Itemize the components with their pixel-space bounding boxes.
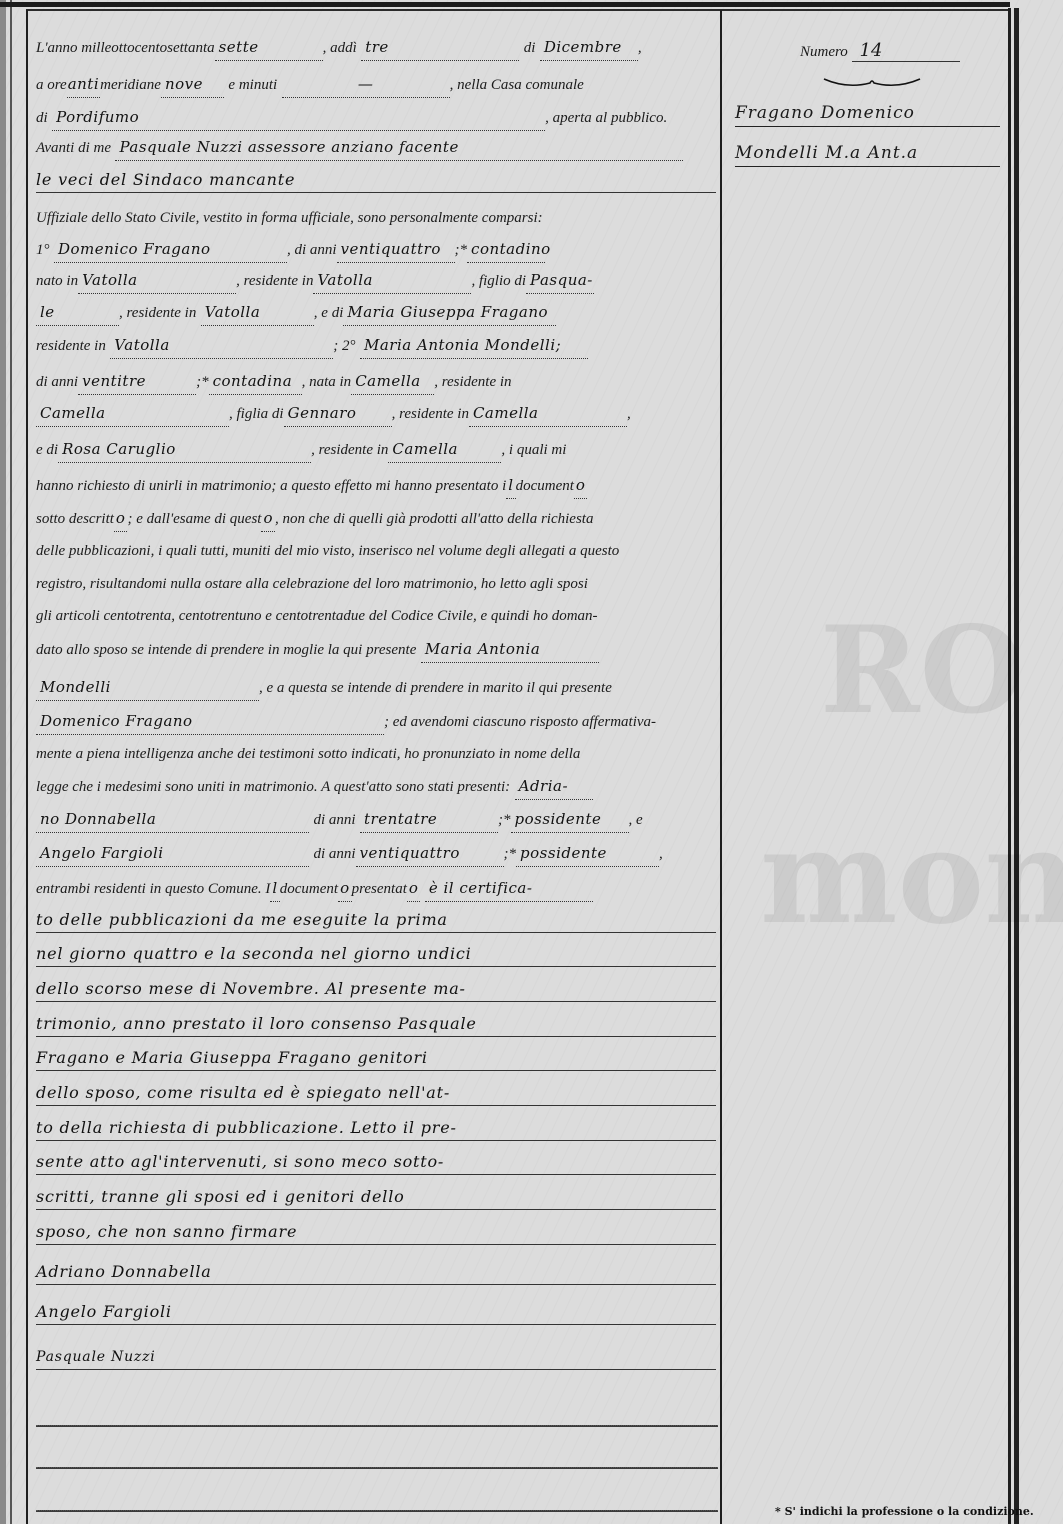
form-line-groom-question: dato allo sposo se intende di prendere i…: [36, 636, 716, 662]
handwritten-witness2-name: Angelo Fargioli: [36, 840, 309, 867]
form-line-uffiziale: Uffiziale dello Stato Civile, vestito in…: [36, 205, 716, 231]
handwritten-bride-father-residence: Camella: [469, 400, 627, 427]
empty-ruled-line: [36, 1510, 718, 1512]
printed-text: document: [516, 478, 574, 494]
bleed-through-text: monio: [760, 800, 1063, 953]
margin-bride-name: Mondelli M.a Ant.a: [735, 140, 1000, 167]
printed-text: delle pubblicazioni, i quali tutti, muni…: [36, 543, 619, 559]
printed-text: mente a piena intelligenza anche dei tes…: [36, 746, 580, 762]
handwritten-bride-birthplace: Camella: [351, 368, 434, 395]
form-line-groom-birth: nato inVatolla, residente inVatolla, fig…: [36, 267, 716, 293]
printed-text: di: [524, 40, 536, 56]
printed-text: ;*: [504, 846, 517, 862]
form-line-bride: residente in Vatolla; 2° Maria Antonia M…: [36, 332, 716, 358]
signature-witness1: Adriano Donnabella: [36, 1260, 716, 1285]
handwritten-text: o: [114, 505, 128, 532]
handwritten-witness1-start: Adria-: [515, 773, 593, 800]
handwritten-day: tre: [361, 34, 519, 61]
form-line-groom-answer: Domenico Fragano; ed avendomi ciascuno r…: [36, 708, 716, 734]
record-number: Numero 14: [800, 40, 960, 62]
printed-text: L'anno milleottocentosettanta: [36, 40, 215, 56]
form-line-time: a oreantimeridianenove e minuti —, nella…: [36, 71, 716, 97]
form-line-bride-question: Mondelli, e a questa se intende di prend…: [36, 674, 716, 700]
handwritten-groom-mother: Maria Giuseppa Fragano: [343, 299, 556, 326]
form-line-printed: mente a piena intelligenza anche dei tes…: [36, 741, 716, 767]
printed-text: , residente in: [311, 442, 388, 458]
form-line-place: di Pordifumo, aperta al pubblico.: [36, 104, 716, 130]
printed-text: , addì: [323, 40, 357, 56]
handwritten-bride-age: ventitre: [78, 368, 196, 395]
handwritten-body-line: dello sposo, come risulta ed è spiegato …: [36, 1081, 716, 1106]
handwritten-bride-profession: contadina: [209, 368, 302, 395]
printed-text: gli articoli centotrenta, centotrentuno …: [36, 608, 598, 624]
printed-text: entrambi residenti in questo Comune. I: [36, 881, 270, 897]
handwritten-body-line: to della richiesta di pubblicazione. Let…: [36, 1116, 716, 1141]
handwritten-text: o: [338, 875, 352, 902]
printed-text: , e a questa se intende di prendere in m…: [259, 680, 612, 696]
printed-text: di anni: [313, 846, 355, 862]
printed-text: , e: [629, 812, 643, 828]
handwritten-bride-residence: Camella: [36, 400, 229, 427]
printed-text: , figlia di: [229, 406, 284, 422]
handwritten-text: o: [407, 875, 421, 902]
printed-text: e minuti: [228, 77, 277, 93]
handwritten-witness1-profession: possidente: [511, 806, 629, 833]
printed-text: ;*: [196, 374, 209, 390]
handwritten-minutes: —: [282, 71, 450, 98]
printed-text: meridiane: [100, 77, 161, 93]
form-line-witness2: Angelo Fargioli di anniventiquattro;*pos…: [36, 840, 716, 866]
handwritten-text: l: [506, 472, 515, 499]
right-border: [1008, 8, 1011, 1524]
printed-text: , i quali mi: [501, 442, 566, 458]
handwritten-father-residence: Vatolla: [201, 299, 314, 326]
handwritten-witness1-age: trentatre: [360, 806, 498, 833]
form-line-request: hanno richiesto di unirli in matrimonio;…: [36, 472, 716, 498]
handwritten-witness2-age: ventiquattro: [356, 840, 504, 867]
numero-label: Numero: [800, 44, 848, 60]
handwritten-text: le: [36, 299, 119, 326]
handwritten-groom-name: Domenico Fragano: [54, 236, 287, 263]
printed-text: , residente in: [392, 406, 469, 422]
printed-text: , nata in: [302, 374, 352, 390]
printed-text: , di anni: [287, 242, 337, 258]
printed-text: ;*: [498, 812, 511, 828]
handwritten-comune: Pordifumo: [52, 104, 545, 131]
handwritten-text: o: [574, 472, 588, 499]
printed-text: ;*: [455, 242, 468, 258]
handwritten-bride-mother-residence: Camella: [388, 436, 501, 463]
empty-ruled-line: [36, 1425, 718, 1427]
handwritten-groom-age: ventiquattro: [337, 236, 455, 263]
form-line-witnesses: legge che i medesimi sono uniti in matri…: [36, 773, 716, 799]
printed-text: , residente in: [119, 305, 196, 321]
flourish-ornament-icon: [822, 75, 922, 89]
handwritten-body-line: to delle pubblicazioni da me eseguite la…: [36, 908, 716, 933]
printed-text: legge che i medesimi sono uniti in matri…: [36, 779, 510, 795]
empty-ruled-line: [36, 1467, 718, 1469]
handwritten-month: Dicembre: [540, 34, 638, 61]
page-edge-shadow: [0, 0, 6, 1524]
printed-text: , residente in: [236, 273, 313, 289]
handwritten-groom-father: Pasqua-: [526, 267, 594, 294]
printed-text: di anni: [36, 374, 78, 390]
printed-text: , e di: [314, 305, 344, 321]
handwritten-anti: anti: [67, 71, 100, 98]
page-edge-rule: [10, 0, 12, 1524]
handwritten-text: l: [270, 875, 279, 902]
bleed-through-text: RO: [820, 600, 1024, 741]
printed-text: , non che di quelli già prodotti all'att…: [275, 511, 593, 527]
form-line-groom: 1° Domenico Fragano, di anniventiquattro…: [36, 236, 716, 262]
handwritten-bride-father: Gennaro: [284, 400, 392, 427]
form-line-bride-mother: e diRosa Caruglio, residente inCamella, …: [36, 436, 716, 462]
handwritten-year: sette: [215, 34, 323, 61]
form-line-groom-parents: le, residente in Vatolla, e diMaria Gius…: [36, 299, 716, 325]
printed-text: ,: [638, 40, 642, 56]
signature-witness2: Angelo Fargioli: [36, 1300, 716, 1325]
printed-text: nato in: [36, 273, 78, 289]
form-line-printed: registro, risultandomi nulla ostare alla…: [36, 571, 716, 597]
right-border-outer: [1014, 8, 1019, 1524]
form-line-document-presented: entrambi residenti in questo Comune. Ild…: [36, 875, 716, 901]
handwritten-groom-residence: Vatolla: [313, 267, 471, 294]
printed-text: ,: [659, 846, 663, 862]
printed-text: , nella Casa comunale: [450, 77, 584, 93]
handwritten-witness2-profession: possidente: [516, 840, 659, 867]
handwritten-mother-residence: Vatolla: [110, 332, 333, 359]
margin-groom-name: Fragano Domenico: [735, 100, 1000, 127]
printed-text: , residente in: [434, 374, 511, 390]
handwritten-body-line: nel giorno quattro e la seconda nel gior…: [36, 942, 716, 967]
handwritten-witness1-name: no Donnabella: [36, 806, 309, 833]
handwritten-bride-name-2: Maria Antonia: [421, 636, 599, 663]
handwritten-bride-mother: Rosa Caruglio: [58, 436, 311, 463]
printed-text: e di: [36, 442, 58, 458]
handwritten-bride-name: Maria Antonia Mondelli;: [360, 332, 588, 359]
printed-text: , figlio di: [471, 273, 526, 289]
handwritten-body-line: scritti, tranne gli sposi ed i genitori …: [36, 1185, 716, 1210]
printed-text: dato allo sposo se intende di prendere i…: [36, 642, 416, 658]
form-line-documents: sotto descritto; e dall'esame di questo,…: [36, 505, 716, 531]
handwritten-groom-name-2: Domenico Fragano: [36, 708, 384, 735]
printed-text: residente in: [36, 338, 106, 354]
form-line-bride-father: Camella, figlia diGennaro, residente inC…: [36, 400, 716, 426]
printed-text: sotto descritt: [36, 511, 114, 527]
printed-text: ; ed avendomi ciascuno risposto affermat…: [384, 714, 656, 730]
printed-text: document: [280, 881, 338, 897]
handwritten-text: o: [261, 505, 275, 532]
printed-text: a ore: [36, 77, 67, 93]
form-line-witness1: no Donnabella di anni trentatre;*posside…: [36, 806, 716, 832]
signature-officer: Pasquale Nuzzi: [36, 1345, 716, 1370]
handwritten-body-line: trimonio, anno prestato il loro consenso…: [36, 1012, 716, 1037]
form-line-printed: delle pubblicazioni, i quali tutti, muni…: [36, 538, 716, 564]
top-border-thick: [0, 2, 1010, 7]
handwritten-officer: Pasquale Nuzzi assessore anziano facente: [115, 134, 683, 161]
printed-text: presentat: [352, 881, 407, 897]
footnote: * S' indichi la professione o la condizi…: [775, 1505, 1034, 1518]
handwritten-bride-surname: Mondelli: [36, 674, 259, 701]
handwritten-body-line: Fragano e Maria Giuseppa Fragano genitor…: [36, 1046, 716, 1071]
handwritten-certificate: è il certifica-: [425, 875, 593, 902]
form-line-bride-age: di anniventitre;*contadina, nata inCamel…: [36, 368, 716, 394]
handwritten-body-line: sposo, che non sanno firmare: [36, 1220, 716, 1245]
printed-text: 1°: [36, 242, 50, 258]
numero-value: 14: [852, 40, 960, 62]
printed-text: Uffiziale dello Stato Civile, vestito in…: [36, 210, 543, 226]
column-divider: [720, 10, 722, 1524]
handwritten-hour: nove: [161, 71, 224, 98]
printed-text: Avanti di me: [36, 140, 111, 156]
printed-text: di anni: [313, 812, 355, 828]
printed-text: ; e dall'esame di quest: [127, 511, 261, 527]
printed-text: hanno richiesto di unirli in matrimonio;…: [36, 478, 506, 494]
form-line-officer: Avanti di me Pasquale Nuzzi assessore an…: [36, 134, 716, 160]
handwritten-groom-birthplace: Vatolla: [78, 267, 236, 294]
register-page: RO monio L'anno milleottocentosettantase…: [0, 0, 1063, 1524]
form-line-printed: gli articoli centotrenta, centotrentuno …: [36, 603, 716, 629]
handwritten-body-line: dello scorso mese di Novembre. Al presen…: [36, 977, 716, 1002]
left-border: [26, 10, 28, 1524]
printed-text: , aperta al pubblico.: [545, 110, 667, 126]
form-line-date: L'anno milleottocentosettantasette, addì…: [36, 34, 716, 60]
printed-text: ; 2°: [333, 338, 355, 354]
printed-text: di: [36, 110, 48, 126]
handwritten-groom-profession: contadino: [467, 236, 545, 263]
printed-text: registro, risultandomi nulla ostare alla…: [36, 576, 588, 592]
printed-text: ,: [627, 406, 631, 422]
top-border-thin: [26, 9, 1010, 11]
handwritten-body-line: sente atto agl'intervenuti, si sono meco…: [36, 1150, 716, 1175]
handwritten-officer-cont: le veci del Sindaco mancante: [36, 168, 716, 193]
